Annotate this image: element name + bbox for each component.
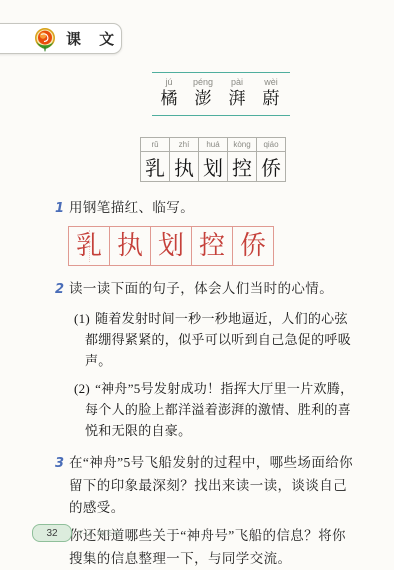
exercise-number: 3: [55, 453, 69, 475]
sentence-label: (1): [74, 311, 90, 326]
sentence-1: (1)随着发射时间一秒一秒地逼近，人们的心弦都绷得紧紧的，似乎可以听到自己急促的…: [85, 308, 356, 371]
pinyin-cell: kòng: [228, 138, 257, 152]
pinyin-cell: qiáo: [257, 138, 286, 152]
sentence-text: 随着发射时间一秒一秒地逼近，人们的心弦都绷得紧紧的，似乎可以听到自己急促的呼吸声…: [85, 311, 351, 368]
sentence-text: “神舟”5号发射成功！指挥大厅里一片欢腾，每个人的脸上都洋溢着澎湃的激情、胜利的…: [85, 381, 353, 438]
table-pinyin-row: rǔ zhí huá kòng qiáo: [141, 138, 286, 152]
character: 橘: [152, 89, 186, 109]
word-item: jú 橘: [152, 77, 186, 109]
textbook-page: 课 文 jú 橘 péng 澎 pài 湃 wèi 蔚 rǔ zhí huá k…: [0, 72, 394, 570]
exercise-number: 2: [55, 279, 69, 301]
exercise-1: 1用钢笔描红、临写。: [55, 197, 358, 220]
tracing-cell: 侨: [232, 226, 274, 266]
tracing-character: 侨: [240, 233, 266, 259]
tracing-cell: 划: [150, 226, 192, 266]
publisher-logo-icon: [33, 27, 57, 53]
tracing-character: 控: [199, 233, 225, 259]
character-cell: 划: [199, 152, 228, 182]
exercise-number: 1: [55, 198, 69, 220]
sentence-2: (2)“神舟”5号发射成功！指挥大厅里一片欢腾，每个人的脸上都洋溢着澎湃的激情、…: [85, 378, 356, 441]
pinyin-label: pài: [220, 77, 254, 88]
new-words-pinyin-row: jú 橘 péng 澎 pài 湃 wèi 蔚: [152, 72, 290, 116]
tab-label: 课 文: [66, 28, 121, 49]
pinyin-cell: rǔ: [141, 138, 170, 152]
pinyin-label: wèi: [254, 77, 288, 88]
tracing-character: 乳: [76, 233, 102, 259]
tracing-character: 划: [158, 233, 184, 259]
pinyin-label: péng: [186, 77, 220, 88]
exercise-text: 用钢笔描红、临写。: [69, 200, 194, 215]
sentence-label: (2): [74, 381, 90, 396]
kewen-section-tab: 课 文: [0, 23, 122, 54]
pinyin-label: jú: [152, 77, 186, 88]
character-cell: 控: [228, 152, 257, 182]
word-item: péng 澎: [186, 77, 220, 109]
new-words-table: rǔ zhí huá kòng qiáo 乳 执 划 控 侨: [140, 137, 286, 182]
page-footer: 32 YU WEN: [32, 524, 122, 542]
tracing-character: 执: [117, 233, 143, 259]
page-number-badge: 32: [32, 524, 72, 542]
pinyin-cell: huá: [199, 138, 228, 152]
word-item: pài 湃: [220, 77, 254, 109]
footer-subject-label: YU WEN: [78, 529, 122, 538]
tracing-cell: 乳: [68, 226, 110, 266]
character: 湃: [220, 89, 254, 109]
character: 蔚: [254, 89, 288, 109]
exercise-text: 读一读下面的句子，体会人们当时的心情。: [69, 281, 333, 296]
tracing-cell: 执: [109, 226, 151, 266]
table-character-row: 乳 执 划 控 侨: [141, 152, 286, 182]
character: 澎: [186, 89, 220, 109]
character-cell: 侨: [257, 152, 286, 182]
character-cell: 执: [170, 152, 199, 182]
exercise-3: 3在“神舟”5号飞船发射的过程中，哪些场面给你留下的印象最深刻？找出来读一读，谈…: [55, 452, 358, 519]
character-cell: 乳: [141, 152, 170, 182]
pinyin-cell: zhí: [170, 138, 199, 152]
word-item: wèi 蔚: [254, 77, 288, 109]
tracing-grid: 乳 执 划 控 侨: [68, 226, 394, 266]
exercise-2: 2读一读下面的句子，体会人们当时的心情。: [55, 278, 358, 301]
exercise-text: 在“神舟”5号飞船发射的过程中，哪些场面给你留下的印象最深刻？找出来读一读，谈谈…: [69, 455, 353, 515]
tracing-cell: 控: [191, 226, 233, 266]
